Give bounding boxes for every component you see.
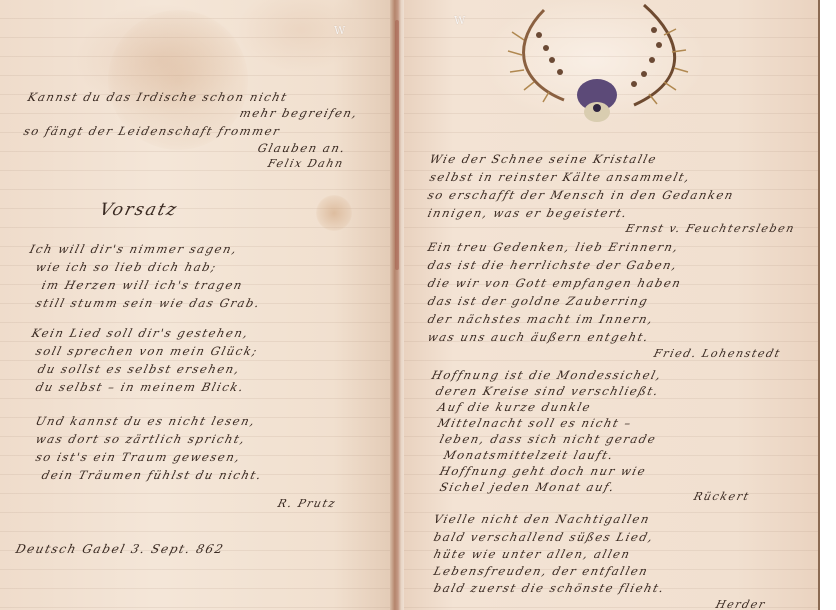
- poem-line: Ich will dir's nimmer sagen,: [28, 242, 239, 256]
- entry-line: so fängt der Leidenschaft frommer: [22, 124, 282, 138]
- entry-line: deren Kreise sind verschließt.: [434, 384, 661, 398]
- poem-title: Vorsatz: [98, 200, 181, 220]
- poem-line: du selbst – in meinem Blick.: [34, 380, 246, 394]
- entry-line: Hoffnung ist die Mondessichel,: [430, 368, 663, 382]
- poem-line: so ist's ein Traum gewesen,: [34, 450, 242, 464]
- entry-line: was uns auch äußern entgeht.: [426, 330, 651, 344]
- entry-line: mehr begreifen,: [238, 106, 359, 120]
- entry-line: der nächstes macht im Innern,: [426, 312, 655, 326]
- poem-line: im Herzen will ich's tragen: [40, 278, 245, 292]
- entry-line: die wir von Gott empfangen haben: [426, 276, 683, 290]
- entry-line: bald zuerst die schönste flieht.: [432, 581, 666, 595]
- watermark: W: [454, 14, 465, 27]
- album-spread: W Kannst du das Irdische schon nicht meh…: [0, 0, 818, 610]
- entry-line: Vielle nicht den Nachtigallen: [432, 512, 652, 526]
- author-signature: Ernst v. Feuchtersleben: [624, 222, 796, 235]
- poem-line: Und kannst du es nicht lesen,: [34, 414, 257, 428]
- poem-line: was dort so zärtlich spricht,: [34, 432, 247, 446]
- poem-line: still stumm sein wie das Grab.: [34, 296, 262, 310]
- entry-line: bald verschallend süßes Lied,: [432, 530, 655, 544]
- entry-line: das ist die herrlichste der Gaben,: [426, 258, 679, 272]
- author-signature: Herder: [714, 598, 767, 610]
- entry-line: Mittelnacht soll es nicht –: [436, 416, 633, 430]
- entry-line: Glauben an.: [256, 141, 347, 155]
- entry-line: selbst in reinster Kälte ansammelt,: [428, 170, 692, 184]
- entry-line: Auf die kurze dunkle: [436, 400, 593, 414]
- entry-line: so erschafft der Mensch in den Gedanken: [426, 188, 736, 202]
- entry-line: Lebensfreuden, der entfallen: [432, 564, 650, 578]
- entry-line: Monatsmittelzeit lauft.: [442, 448, 615, 462]
- dateline: Deutsch Gabel 3. Sept. 862: [14, 542, 226, 556]
- entry-line: innigen, was er begeistert.: [426, 206, 629, 220]
- author-signature: Rückert: [692, 490, 751, 503]
- poem-line: soll sprechen von mein Glück;: [34, 344, 260, 358]
- entry-line: das ist der goldne Zauberring: [426, 294, 650, 308]
- poem-line: dein Träumen fühlst du nicht.: [40, 468, 264, 482]
- entry-line: Wie der Schnee seine Kristalle: [428, 152, 659, 166]
- author-signature: Fried. Lohenstedt: [652, 347, 782, 360]
- poem-line: wie ich so lieb dich hab;: [34, 260, 218, 274]
- entry-line: leben, dass sich nicht gerade: [438, 432, 658, 446]
- watermark: W: [334, 24, 345, 37]
- poem-line: Kein Lied soll dir's gestehen,: [30, 326, 250, 340]
- entry-line: hüte wie unter allen, allen: [432, 547, 632, 561]
- poem-line: du sollst es selbst ersehen,: [36, 362, 242, 376]
- author-signature: Felix Dahn: [266, 157, 345, 170]
- entry-line: Hoffnung geht doch nur wie: [438, 464, 648, 478]
- author-signature: R. Prutz: [276, 497, 337, 510]
- right-page: W Wie der Schnee seine Kristalle selbst …: [404, 0, 820, 610]
- entry-line: Sichel jeden Monat auf.: [438, 480, 616, 494]
- left-page: W Kannst du das Irdische schon nicht meh…: [0, 0, 392, 610]
- water-stain: [316, 195, 352, 231]
- entry-line: Kannst du das Irdische schon nicht: [26, 90, 289, 104]
- entry-line: Ein treu Gedenken, lieb Erinnern,: [426, 240, 680, 254]
- pressed-flower-wreath-icon: [494, 0, 709, 130]
